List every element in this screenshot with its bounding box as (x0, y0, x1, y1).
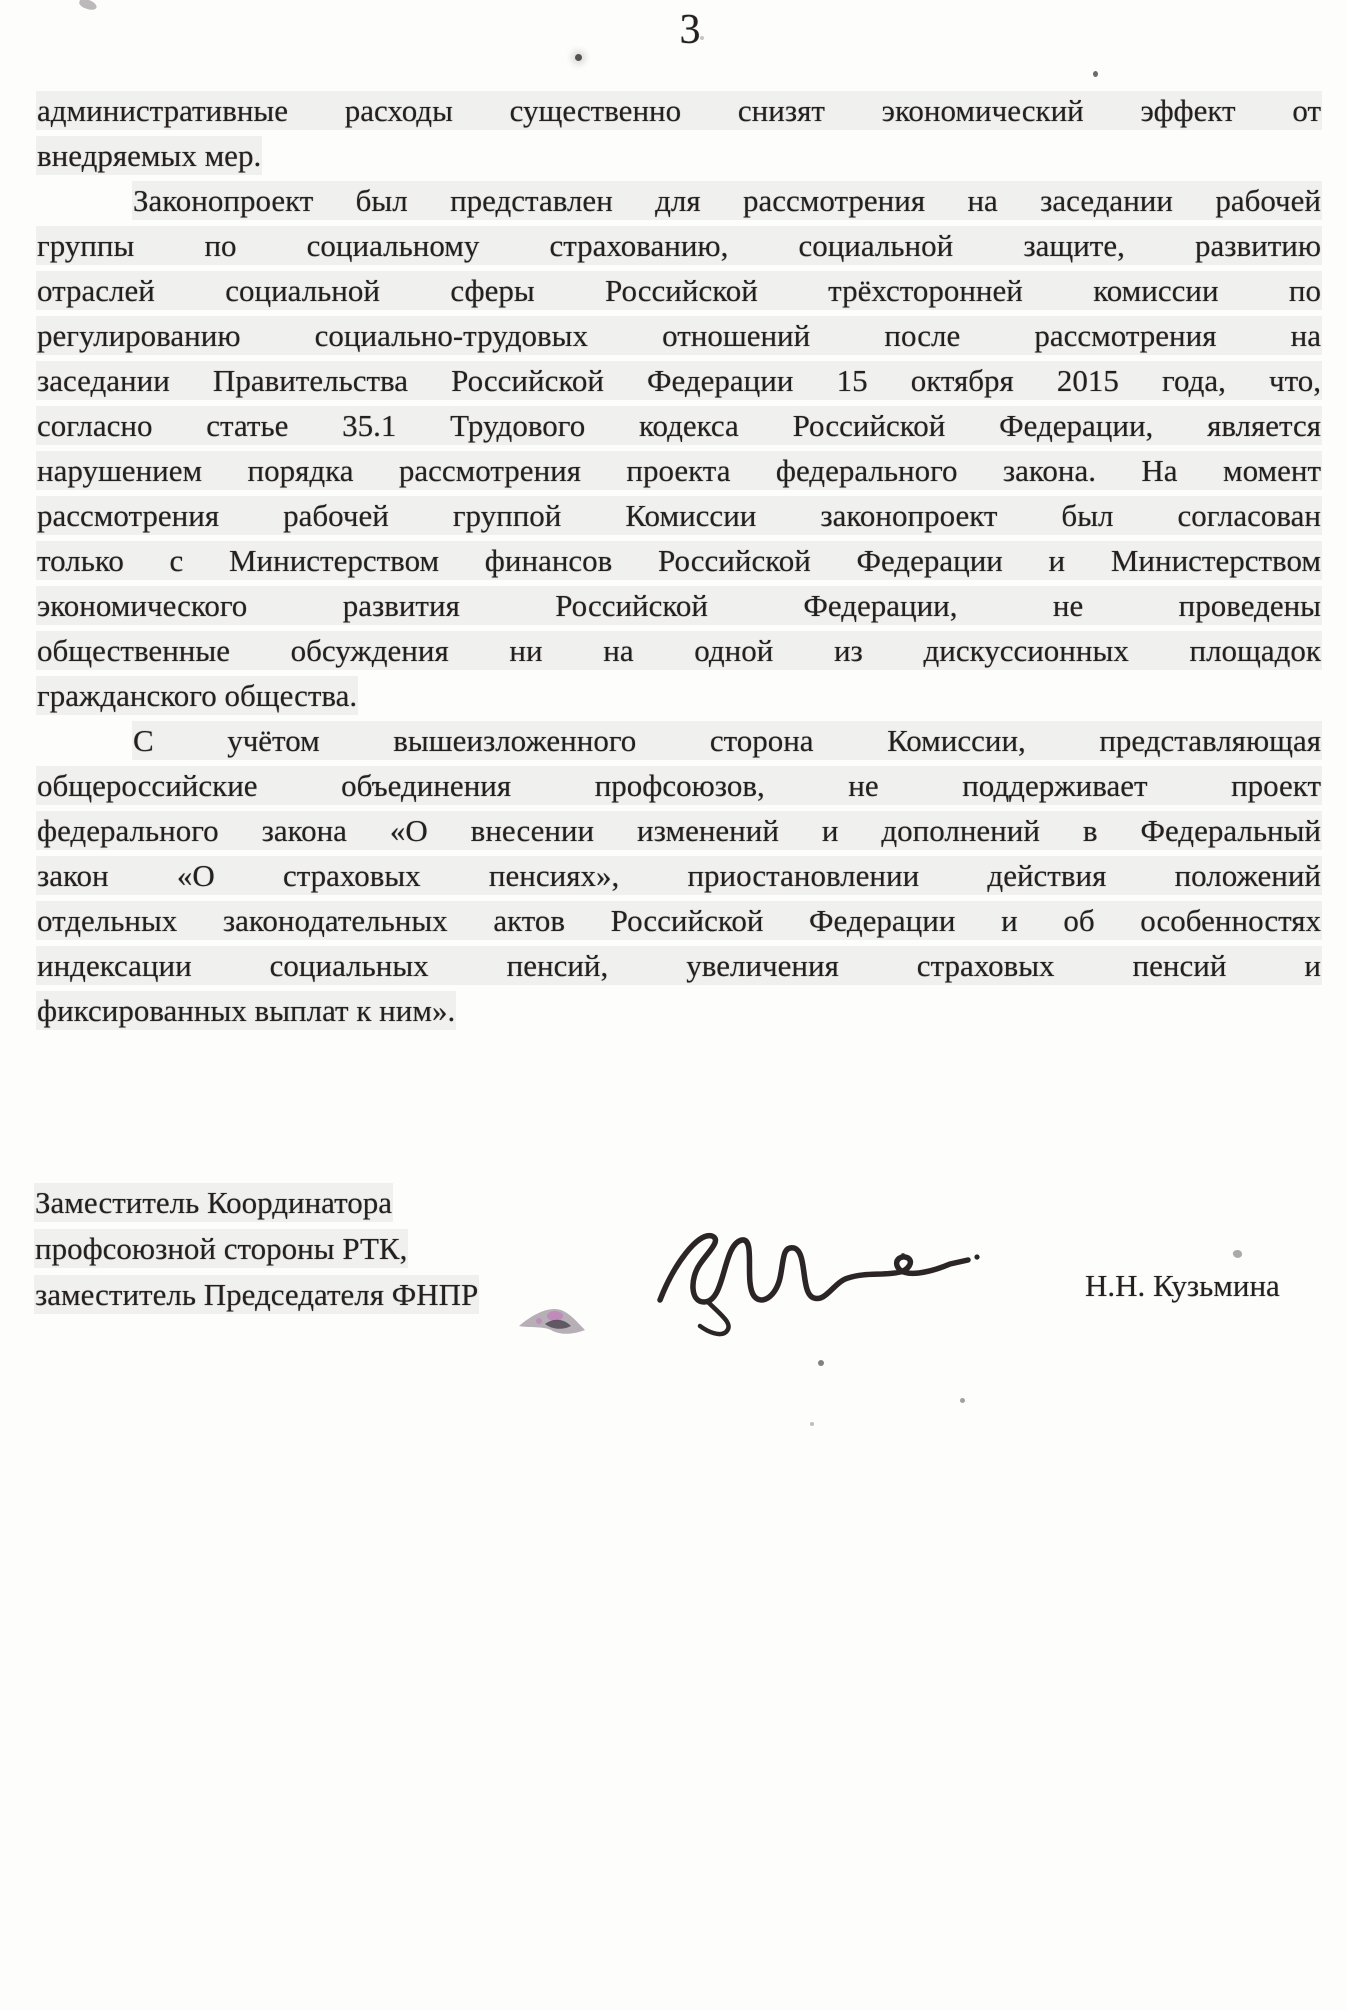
signature-title-line: Заместитель Координатора (34, 1180, 479, 1226)
document-body-text: административные расходы существенно сни… (36, 88, 1322, 1033)
text-line: фиксированных выплат к ним». (36, 988, 1322, 1033)
ink-smudge (515, 1300, 590, 1342)
text-line: С учётом вышеизложенного сторона Комисси… (36, 718, 1322, 763)
text-line: административные расходы существенно сни… (36, 88, 1322, 133)
text-line: гражданского общества. (36, 673, 1322, 718)
text-line: заседании Правительства Российской Федер… (36, 358, 1322, 403)
text-line: общероссийские объединения профсоюзов, н… (36, 763, 1322, 808)
text-line: федерального закона «О внесении изменени… (36, 808, 1322, 853)
scan-speck (575, 54, 582, 61)
signature-title-line: заместитель Председателя ФНПР (34, 1272, 479, 1318)
scan-speck (1093, 71, 1098, 77)
text-line: отдельных законодательных актов Российск… (36, 898, 1322, 943)
signer-name: Н.Н. Кузьмина (1085, 1268, 1280, 1304)
handwritten-signature (650, 1208, 990, 1343)
scan-speck (960, 1398, 965, 1403)
page-number: 3 (655, 6, 725, 54)
text-line: отраслей социальной сферы Российской трё… (36, 268, 1322, 313)
text-line: группы по социальному страхованию, социа… (36, 223, 1322, 268)
signature-title-line: профсоюзной стороны РТК, (34, 1226, 479, 1272)
text-line: согласно статье 35.1 Трудового кодекса Р… (36, 403, 1322, 448)
text-line: Законопроект был представлен для рассмот… (36, 178, 1322, 223)
text-line: нарушением порядка рассмотрения проекта … (36, 448, 1322, 493)
text-line: рассмотрения рабочей группой Комиссии за… (36, 493, 1322, 538)
signature-title-block: Заместитель Координаторапрофсоюзной стор… (34, 1180, 479, 1318)
scan-speck (1232, 1249, 1243, 1259)
text-line: экономического развития Российской Федер… (36, 583, 1322, 628)
text-line: общественные обсуждения ни на одной из д… (36, 628, 1322, 673)
scanned-document-page: 3 административные расходы существенно с… (0, 0, 1347, 2011)
text-line: регулированию социально-трудовых отношен… (36, 313, 1322, 358)
scan-speck (810, 1422, 814, 1426)
scan-speck (700, 36, 704, 40)
text-line: закон «О страховых пенсиях», приостановл… (36, 853, 1322, 898)
scan-speck (78, 0, 98, 12)
text-line: индексации социальных пенсий, увеличения… (36, 943, 1322, 988)
scan-speck (818, 1360, 824, 1366)
text-line: только с Министерством финансов Российск… (36, 538, 1322, 583)
text-line: внедряемых мер. (36, 133, 1322, 178)
